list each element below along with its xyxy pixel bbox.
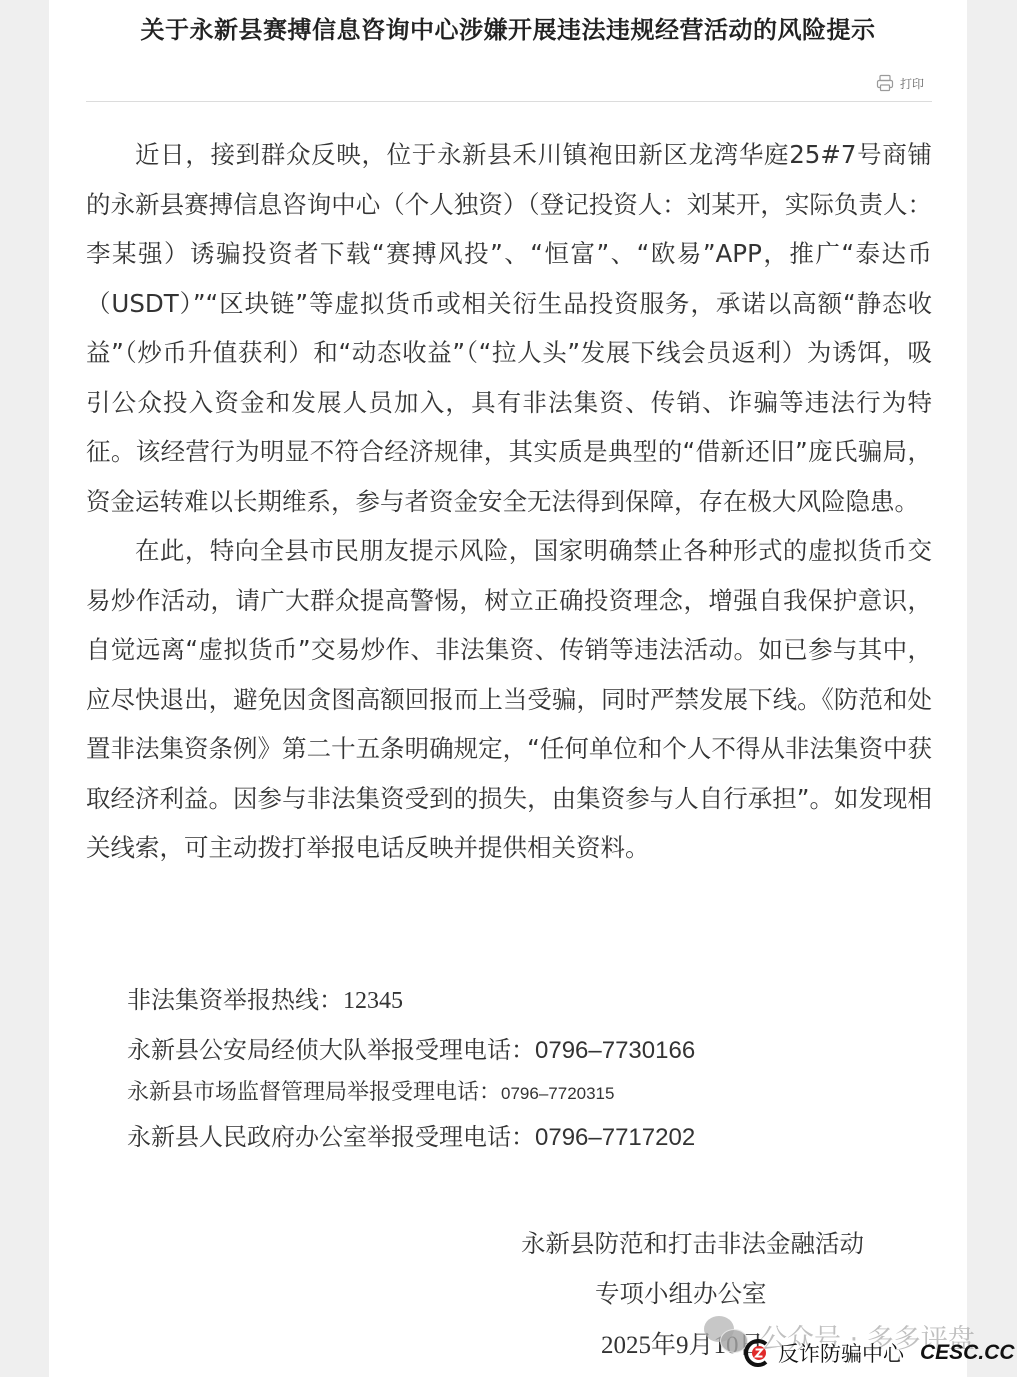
hotline-number: 12345 <box>343 988 403 1014</box>
print-label: 打印 <box>900 75 924 92</box>
cesc-watermark: 反诈防骗中心 CESC.CC <box>744 1338 1015 1368</box>
paragraph-1: 近日，接到群众反映，位于永新县禾川镇袍田新区龙湾华庭25#7号商铺的永新县赛搏信… <box>86 130 932 526</box>
hotline-number: 0796–7720315 <box>501 1084 614 1103</box>
hotline-item: 永新县公安局经侦大队举报受理电话：0796–7730166 <box>127 1030 695 1065</box>
hotline-label: 永新县人民政府办公室举报受理电话： <box>127 1123 535 1151</box>
signature-org-line1: 永新县防范和打击非法金融活动 <box>521 1225 864 1260</box>
paragraph-2: 在此，特向全县市民朋友提示风险，国家明确禁止各种形式的虚拟货币交易炒作活动，请广… <box>86 526 932 873</box>
cesc-name: 反诈防骗中心 <box>778 1338 904 1368</box>
hotline-number: 0796–7717202 <box>535 1124 695 1151</box>
title-divider <box>86 101 932 102</box>
hotline-item: 永新县人民政府办公室举报受理电话：0796–7717202 <box>127 1117 695 1152</box>
hotline-item: 永新县市场监督管理局举报受理电话：0796–7720315 <box>127 1075 614 1106</box>
print-button[interactable]: 打印 <box>876 74 924 92</box>
cesc-domain: CESC.CC <box>920 1341 1015 1365</box>
cesc-logo-icon <box>744 1339 772 1367</box>
hotline-label: 永新县公安局经侦大队举报受理电话： <box>127 1036 535 1064</box>
hotline-number: 0796–7730166 <box>535 1037 695 1064</box>
article-body: 近日，接到群众反映，位于永新县禾川镇袍田新区龙湾华庭25#7号商铺的永新县赛搏信… <box>86 130 932 873</box>
signature-org-line2: 专项小组办公室 <box>595 1275 767 1310</box>
hotline-label: 非法集资举报热线： <box>127 986 343 1014</box>
hotline-label: 永新县市场监督管理局举报受理电话： <box>127 1080 501 1105</box>
hotline-item: 非法集资举报热线：12345 <box>127 980 403 1015</box>
article-title: 关于永新县赛搏信息咨询中心涉嫌开展违法违规经营活动的风险提示 <box>49 12 967 48</box>
printer-icon <box>876 74 894 92</box>
